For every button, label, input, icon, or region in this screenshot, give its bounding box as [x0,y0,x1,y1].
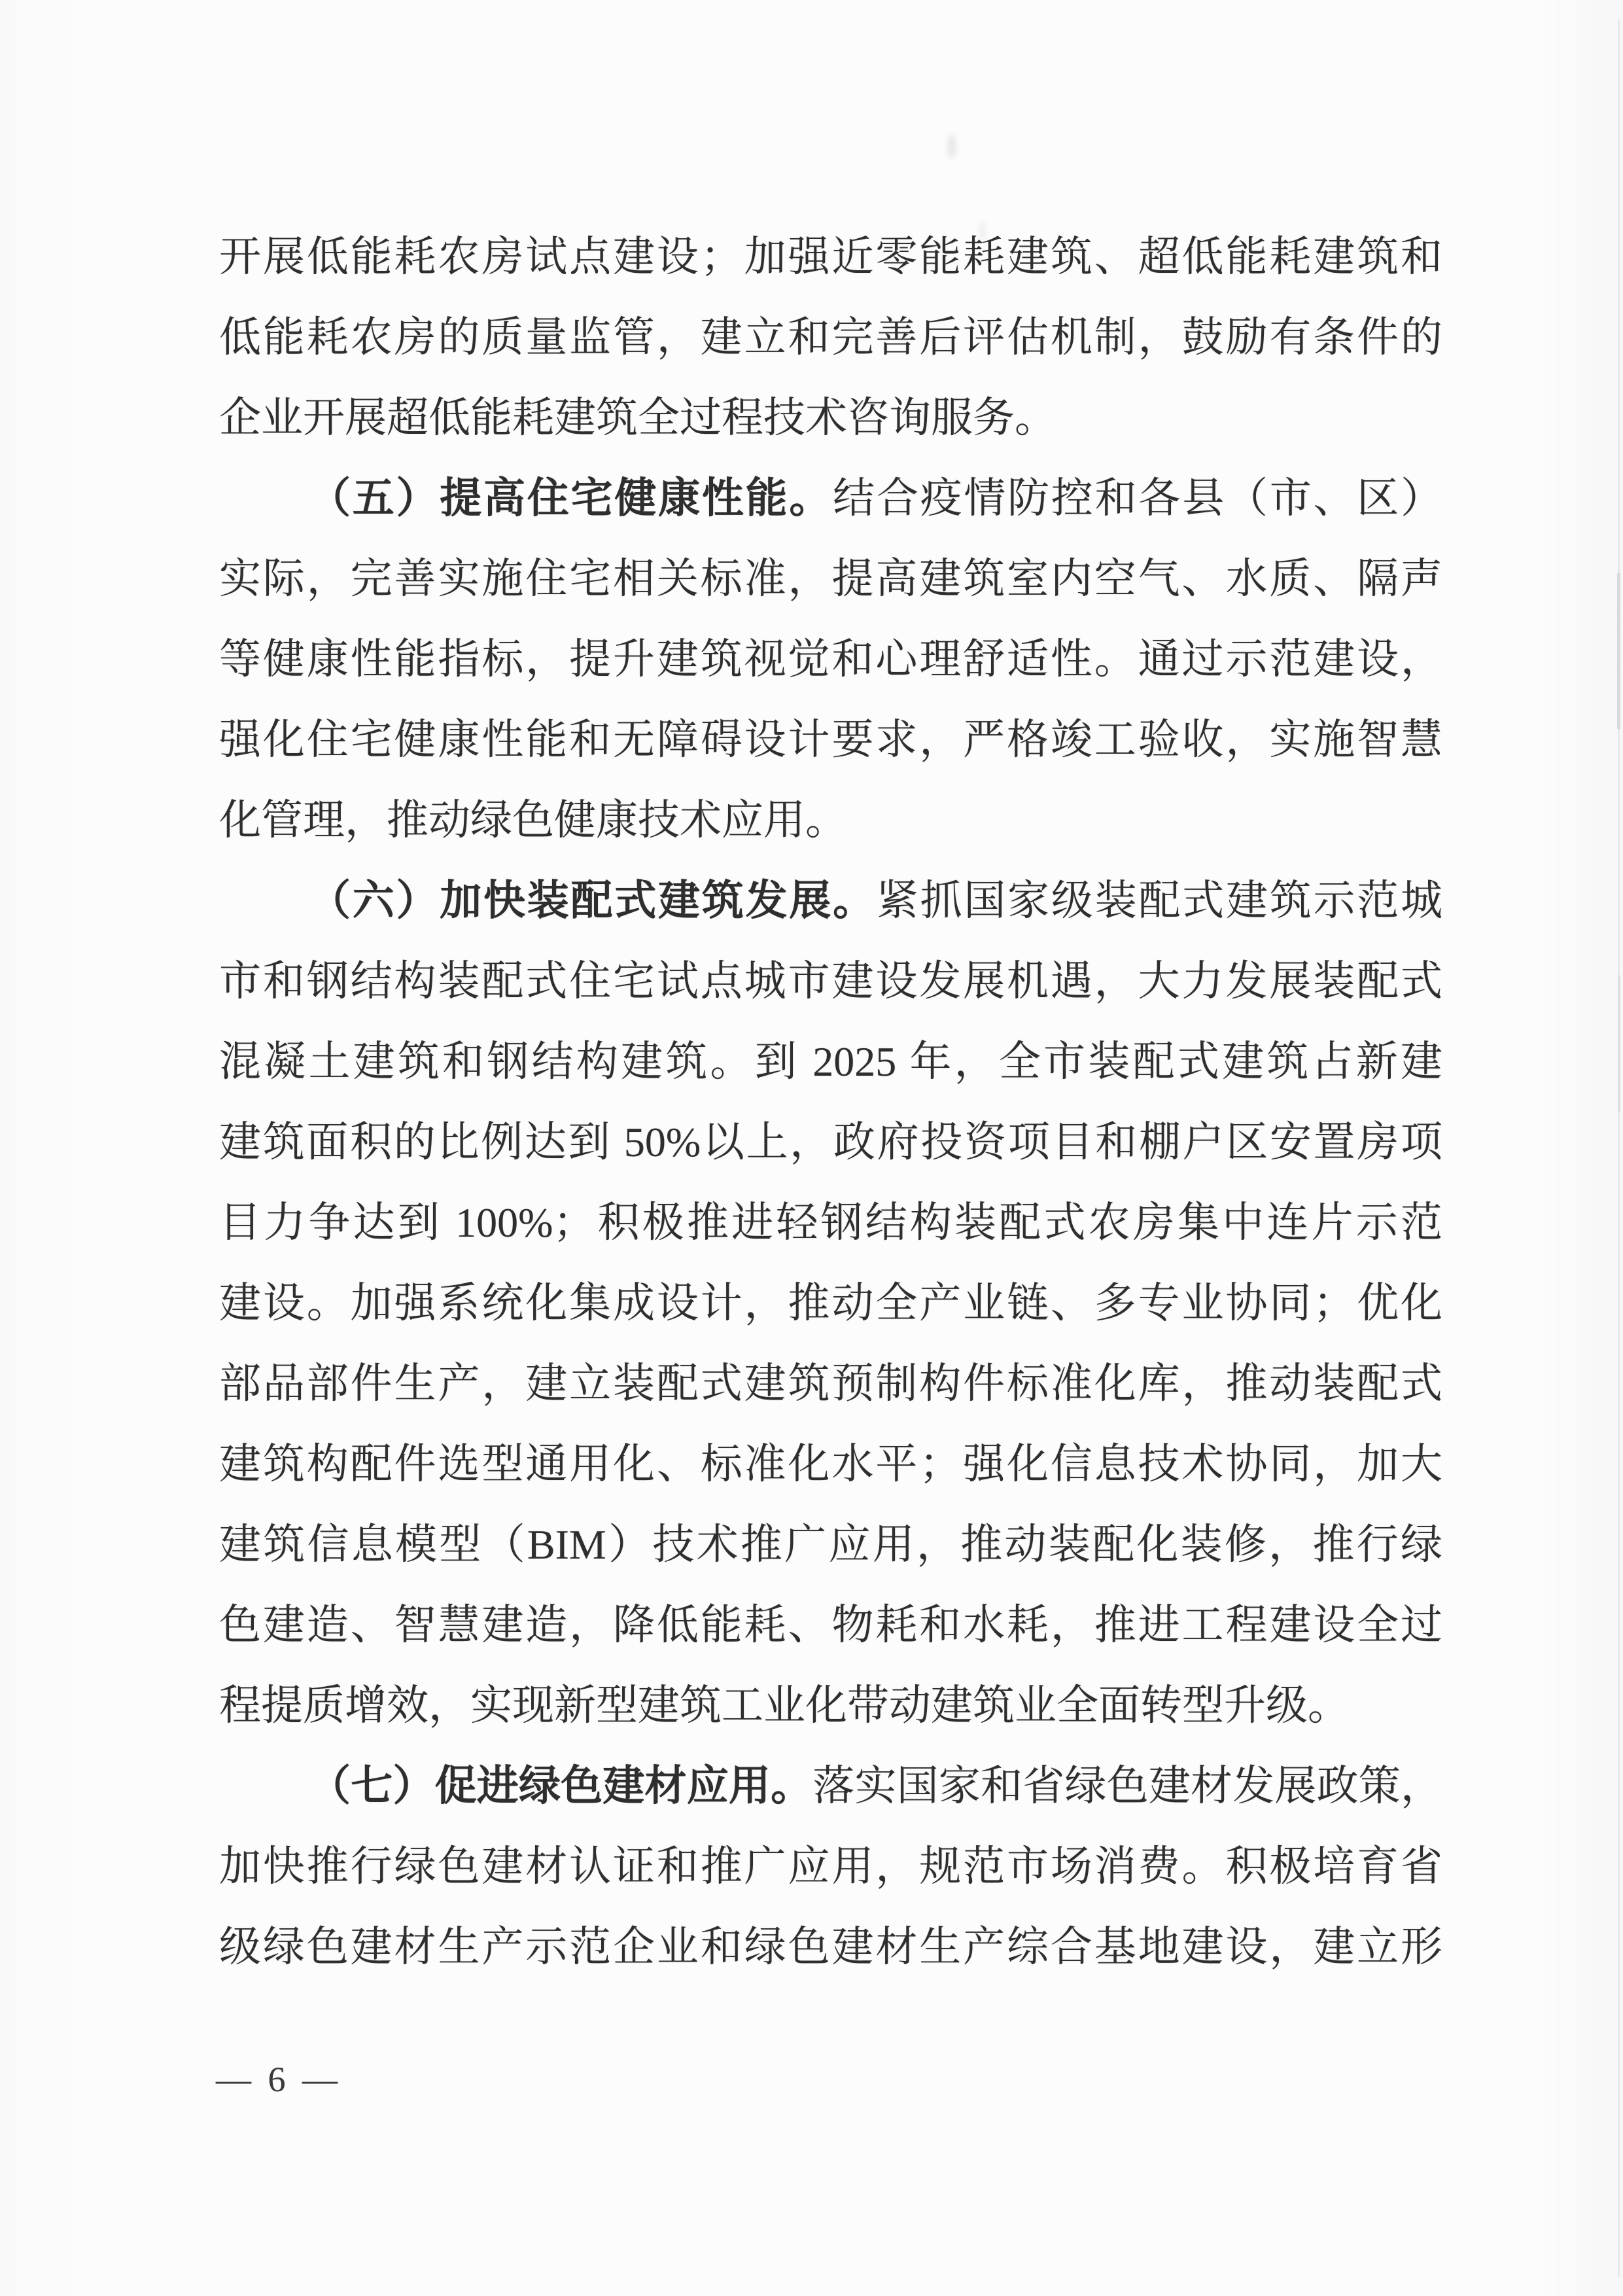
text-run: 混凝土建筑和钢结构建筑。到 2025 年，全市装配式建筑占新建 [219,1038,1442,1085]
scan-edge-artifact [1618,975,1620,1112]
section-heading: （五）提高住宅健康性能。 [309,475,833,521]
text-run: 企业开展超低能耗建筑全过程技术咨询服务。 [219,395,1056,441]
text-line: 混凝土建筑和钢结构建筑。到 2025 年，全市装配式建筑占新建 [219,1021,1442,1102]
scanned-document-page: 开展低能耗农房试点建设；加强近零能耗建筑、超低能耗建筑和低能耗农房的质量监管，建… [0,0,1623,2296]
text-line: 开展低能耗农房试点建设；加强近零能耗建筑、超低能耗建筑和 [219,217,1442,297]
text-run: 低能耗农房的质量监管，建立和完善后评估机制，鼓励有条件的 [219,314,1442,361]
text-line: 化管理，推动绿色健康技术应用。 [219,780,1442,860]
text-line: 部品部件生产，建立装配式建筑预制构件标准化库，推动装配式 [219,1343,1442,1424]
text-line: 强化住宅健康性能和无障碍设计要求，严格竣工验收，实施智慧 [219,699,1442,780]
text-line: 企业开展超低能耗建筑全过程技术咨询服务。 [219,378,1442,458]
text-run: 市和钢结构装配式住宅试点城市建设发展机遇，大力发展装配式 [219,958,1442,1004]
text-run: 建设。加强系统化集成设计，推动全产业链、多专业协同；优化 [219,1280,1442,1326]
text-line: 级绿色建材生产示范企业和绿色建材生产综合基地建设，建立形 [219,1907,1442,1987]
text-run: 程提质增效，实现新型建筑工业化带动建筑业全面转型升级。 [219,1682,1350,1729]
page-number: — 6 — [216,2060,341,2099]
section-heading: （六）加快装配式建筑发展。 [309,877,877,924]
text-line: 市和钢结构装配式住宅试点城市建设发展机遇，大力发展装配式 [219,941,1442,1021]
text-run: 化管理，推动绿色健康技术应用。 [219,797,847,843]
text-line-section-heading: （六）加快装配式建筑发展。紧抓国家级装配式建筑示范城 [219,860,1442,941]
text-line: 色建造、智慧建造，降低能耗、物耗和水耗，推进工程建设全过 [219,1585,1442,1665]
text-line: 加快推行绿色建材认证和推广应用，规范市场消费。积极培育省 [219,1826,1442,1907]
text-run: 加快推行绿色建材认证和推广应用，规范市场消费。积极培育省 [219,1843,1442,1890]
text-run: 建筑信息模型（BIM）技术推广应用，推动装配化装修，推行绿 [219,1521,1442,1568]
text-line: 程提质增效，实现新型建筑工业化带动建筑业全面转型升级。 [219,1665,1442,1746]
text-line: 低能耗农房的质量监管，建立和完善后评估机制，鼓励有条件的 [219,297,1442,378]
text-line: 等健康性能指标，提升建筑视觉和心理舒适性。通过示范建设， [219,619,1442,699]
text-line: 目力争达到 100%；积极推进轻钢结构装配式农房集中连片示范 [219,1182,1442,1263]
text-line: 建设。加强系统化集成设计，推动全产业链、多专业协同；优化 [219,1263,1442,1343]
text-run: 结合疫情防控和各县（市、区） [833,475,1442,521]
text-run: 落实国家和省绿色建材发展政策， [812,1763,1442,1809]
text-run: 建筑面积的比例达到 50%以上，政府投资项目和棚户区安置房项 [219,1119,1442,1165]
text-line: 建筑信息模型（BIM）技术推广应用，推动装配化装修，推行绿 [219,1504,1442,1585]
text-line-section-heading: （七）促进绿色建材应用。落实国家和省绿色建材发展政策， [219,1746,1442,1826]
text-line: 建筑构配件选型通用化、标准化水平；强化信息技术协同，加大 [219,1424,1442,1504]
scan-edge-artifact [1618,20,1620,2277]
text-run: 开展低能耗农房试点建设；加强近零能耗建筑、超低能耗建筑和 [219,234,1442,280]
text-run: 目力争达到 100%；积极推进轻钢结构装配式农房集中连片示范 [219,1199,1442,1246]
text-line: 实际，完善实施住宅相关标准，提高建筑室内空气、水质、隔声 [219,539,1442,619]
text-run: 强化住宅健康性能和无障碍设计要求，严格竣工验收，实施智慧 [219,716,1442,763]
text-run: 等健康性能指标，提升建筑视觉和心理舒适性。通过示范建设， [219,636,1442,682]
scan-smudge [979,221,986,241]
text-line: 建筑面积的比例达到 50%以上，政府投资项目和棚户区安置房项 [219,1102,1442,1182]
text-run: 色建造、智慧建造，降低能耗、物耗和水耗，推进工程建设全过 [219,1602,1442,1648]
section-heading: （七）促进绿色建材应用。 [309,1763,812,1809]
text-run: 建筑构配件选型通用化、标准化水平；强化信息技术协同，加大 [219,1441,1442,1487]
text-run: 紧抓国家级装配式建筑示范城 [877,877,1442,924]
text-run: 部品部件生产，建立装配式建筑预制构件标准化库，推动装配式 [219,1360,1442,1407]
text-line-section-heading: （五）提高住宅健康性能。结合疫情防控和各县（市、区） [219,458,1442,539]
scan-smudge [947,134,956,159]
scan-edge-artifact [1617,573,1620,730]
text-run: 级绿色建材生产示范企业和绿色建材生产综合基地建设，建立形 [219,1924,1442,1970]
document-body: 开展低能耗农房试点建设；加强近零能耗建筑、超低能耗建筑和低能耗农房的质量监管，建… [219,217,1442,1987]
text-run: 实际，完善实施住宅相关标准，提高建筑室内空气、水质、隔声 [219,556,1442,602]
